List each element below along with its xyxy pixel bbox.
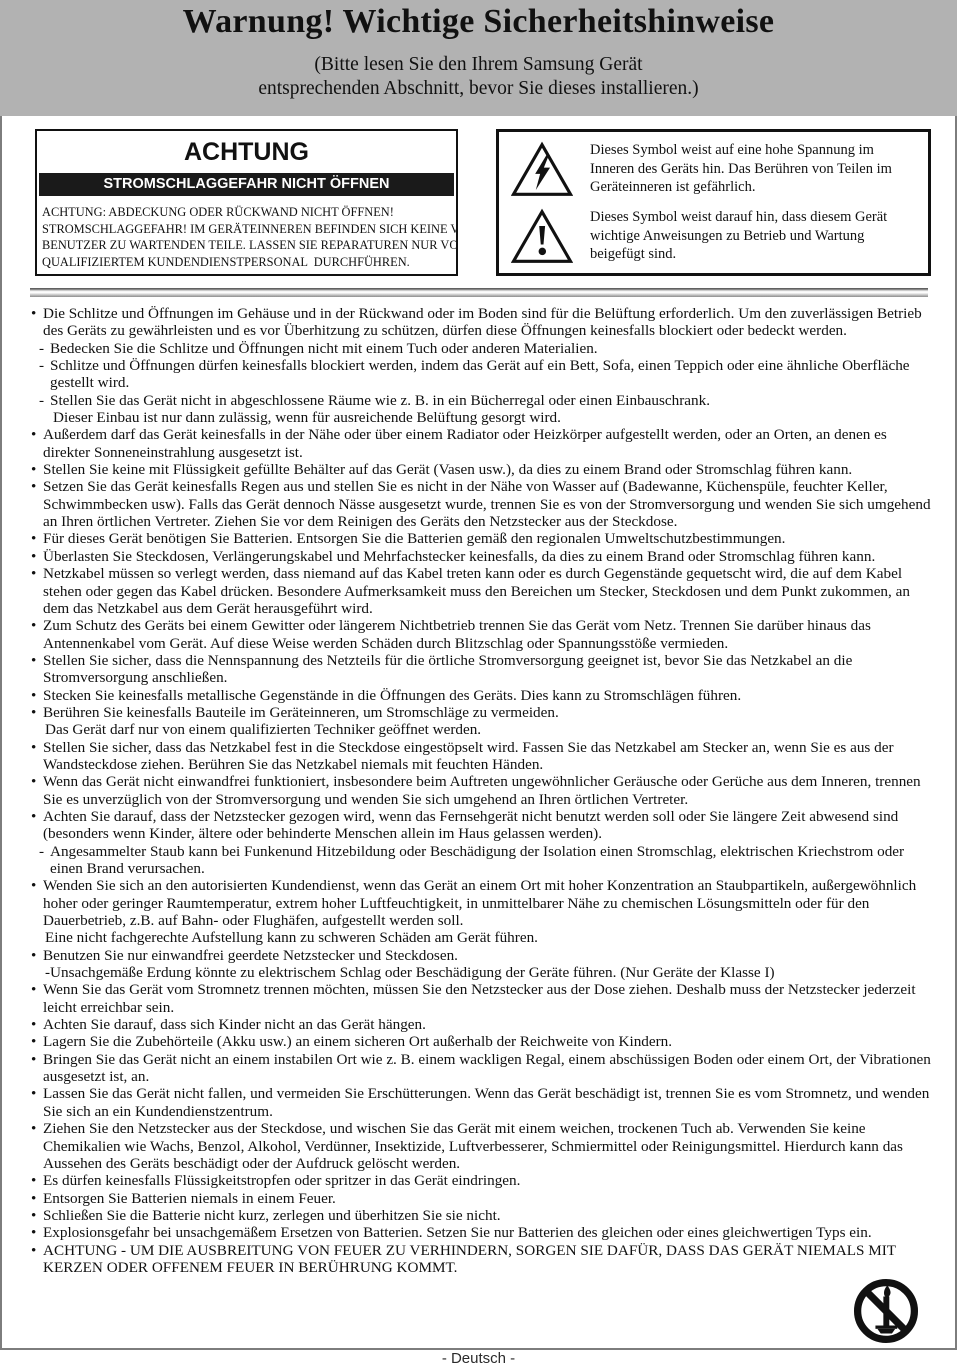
safety-item-text: Netzkabel müssen so verlegt werden, dass…	[43, 565, 910, 617]
safety-item: •Wenden Sie sich an den autorisierten Ku…	[30, 877, 931, 929]
safety-item-text: Ziehen Sie den Netzstecker aus der Steck…	[43, 1120, 903, 1172]
safety-item-text: Schlitze und Öffnungen dürfen keinesfall…	[50, 357, 910, 391]
bullet-marker: -	[39, 340, 44, 357]
safety-item: •Überlasten Sie Steckdosen, Verlängerung…	[30, 548, 931, 565]
bullet-marker: •	[31, 739, 36, 756]
page-footer: - Deutsch -	[0, 1350, 957, 1372]
safety-item-text: Eine nicht fachgerechte Aufstellung kann…	[45, 929, 538, 946]
safety-item-text: Schließen Sie die Batterie nicht kurz, z…	[43, 1207, 501, 1224]
achtung-warning-box: ACHTUNG STROMSCHLAGGEFAHR NICHT ÖFFNEN A…	[35, 129, 458, 276]
safety-item-text: Außerdem darf das Gerät keinesfalls in d…	[43, 426, 887, 460]
safety-item: •Schließen Sie die Batterie nicht kurz, …	[30, 1207, 931, 1224]
high-voltage-row: Dieses Symbol weist auf eine hohe Spannu…	[511, 140, 916, 198]
safety-item: Das Gerät darf nur von einem qualifizier…	[30, 721, 931, 738]
safety-item-text: Entsorgen Sie Batterien niemals in einem…	[43, 1190, 336, 1207]
safety-item-text: Benutzen Sie nur einwandfrei geerdete Ne…	[43, 947, 458, 964]
safety-item-text: Überlasten Sie Steckdosen, Verlängerungs…	[43, 548, 875, 565]
safety-item-text: ACHTUNG - UM DIE AUSBREITUNG VON FEUER Z…	[43, 1242, 896, 1276]
safety-item-text: Explosionsgefahr bei unsachgemäßem Erset…	[43, 1224, 872, 1241]
safety-item: •Zum Schutz des Geräts bei einem Gewitte…	[30, 617, 931, 652]
safety-item-text: Stecken Sie keinesfalls metallische Gege…	[43, 687, 741, 704]
bullet-marker: •	[31, 530, 36, 547]
safety-item: •Bringen Sie das Gerät nicht an einem in…	[30, 1051, 931, 1086]
bullet-marker: -	[39, 843, 44, 860]
safety-item-text: Wenden Sie sich an den autorisierten Kun…	[43, 877, 916, 929]
safety-item-text: Die Schlitze und Öffnungen im Gehäuse un…	[43, 305, 922, 339]
safety-item: •Lassen Sie das Gerät nicht fallen, und …	[30, 1085, 931, 1120]
safety-item: Eine nicht fachgerechte Aufstellung kann…	[30, 929, 931, 946]
shock-hazard-bar: STROMSCHLAGGEFAHR NICHT ÖFFNEN	[39, 173, 454, 196]
safety-item-text: Stellen Sie das Gerät nicht in abgeschlo…	[50, 392, 710, 409]
safety-item: •Achten Sie darauf, dass der Netzstecker…	[30, 808, 931, 843]
bullet-marker: •	[31, 548, 36, 565]
safety-item-text: Lagern Sie die Zubehörteile (Akku usw.) …	[43, 1033, 672, 1050]
bullet-marker: •	[31, 617, 36, 634]
safety-item: •Stecken Sie keinesfalls metallische Geg…	[30, 687, 931, 704]
safety-item: •Achten Sie darauf, dass sich Kinder nic…	[30, 1016, 931, 1033]
safety-item-text: Stellen Sie sicher, dass die Nennspannun…	[43, 652, 852, 686]
page-header: Warnung! Wichtige Sicherheitshinweise (B…	[0, 0, 957, 116]
language-label: - Deutsch -	[442, 1350, 515, 1367]
safety-item-text: Lassen Sie das Gerät nicht fallen, und v…	[43, 1085, 929, 1119]
safety-item: •Außerdem darf das Gerät keinesfalls in …	[30, 426, 931, 461]
safety-item-text: Wenn das Gerät nicht einwandfrei funktio…	[43, 773, 921, 807]
high-voltage-text: Dieses Symbol weist auf eine hohe Spannu…	[590, 140, 916, 197]
safety-item: •Wenn das Gerät nicht einwandfrei funkti…	[30, 773, 931, 808]
subtitle-line-1: (Bitte lesen Sie den Ihrem Samsung Gerät	[0, 53, 957, 77]
safety-item: •Berühren Sie keinesfalls Bauteile im Ge…	[30, 704, 931, 721]
safety-item: •Stellen Sie sicher, dass die Nennspannu…	[30, 652, 931, 687]
bullet-marker: •	[31, 773, 36, 790]
safety-item-text: Bedecken Sie die Schlitze und Öffnungen …	[50, 340, 598, 357]
safety-item-text: Für dieses Gerät benötigen Sie Batterien…	[43, 530, 785, 547]
bullet-marker: •	[31, 704, 36, 721]
safety-item: -Angesammelter Staub kann bei Funkenund …	[39, 843, 931, 878]
safety-item-text: Achten Sie darauf, dass sich Kinder nich…	[43, 1016, 426, 1033]
bullet-marker: •	[31, 478, 36, 495]
safety-item-text: Angesammelter Staub kann bei Funkenund H…	[50, 843, 904, 877]
achtung-heading: ACHTUNG	[37, 131, 456, 173]
safety-item: •Es dürfen keinesfalls Flüssigkeitstropf…	[30, 1172, 931, 1189]
safety-item: -Unsachgemäße Erdung könnte zu elektrisc…	[30, 964, 931, 981]
safety-item: -Bedecken Sie die Schlitze und Öffnungen…	[39, 340, 931, 357]
safety-item: •Für dieses Gerät benötigen Sie Batterie…	[30, 530, 931, 547]
safety-item-text: Berühren Sie keinesfalls Bauteile im Ger…	[43, 704, 559, 721]
section-divider	[30, 288, 928, 297]
safety-item-text: Stellen Sie sicher, dass das Netzkabel f…	[43, 739, 894, 773]
bullet-marker: •	[31, 1172, 36, 1189]
bullet-marker: •	[31, 305, 36, 322]
page-title: Warnung! Wichtige Sicherheitshinweise	[0, 0, 957, 41]
bullet-marker: •	[31, 1242, 36, 1259]
safety-item: •Lagern Sie die Zubehörteile (Akku usw.)…	[30, 1033, 931, 1050]
bullet-marker: •	[31, 426, 36, 443]
bullet-marker: •	[31, 1085, 36, 1102]
safety-item: •ACHTUNG - UM DIE AUSBREITUNG VON FEUER …	[30, 1242, 931, 1277]
safety-item-text: Das Gerät darf nur von einem qualifizier…	[45, 721, 481, 738]
content-sheet: ACHTUNG STROMSCHLAGGEFAHR NICHT ÖFFNEN A…	[0, 116, 957, 1350]
bullet-marker: •	[31, 981, 36, 998]
safety-item: -Schlitze und Öffnungen dürfen keinesfal…	[39, 357, 931, 392]
bullet-marker: •	[31, 1224, 36, 1241]
achtung-body-text: ACHTUNG: ABDECKUNG ODER RÜCKWAND NICHT Ö…	[37, 196, 456, 278]
bullet-marker: •	[31, 1033, 36, 1050]
safety-item: Dieser Einbau ist nur dann zulässig, wen…	[39, 409, 931, 426]
bullet-marker: •	[31, 1120, 36, 1137]
bullet-marker: •	[31, 877, 36, 894]
bullet-marker: •	[31, 947, 36, 964]
symbols-explanation-box: Dieses Symbol weist auf eine hohe Spannu…	[496, 129, 931, 276]
safety-item: •Benutzen Sie nur einwandfrei geerdete N…	[30, 947, 931, 964]
bullet-marker: •	[31, 808, 36, 825]
safety-item: •Wenn Sie das Gerät vom Stromnetz trenne…	[30, 981, 931, 1016]
safety-item: •Ziehen Sie den Netzstecker aus der Stec…	[30, 1120, 931, 1172]
subtitle-line-2: entsprechenden Abschnitt, bevor Sie dies…	[0, 77, 957, 101]
caution-triangle-icon	[511, 208, 573, 265]
bullet-marker: •	[31, 1207, 36, 1224]
bullet-marker: •	[31, 1016, 36, 1033]
bullet-marker: •	[31, 461, 36, 478]
bullet-marker: •	[31, 565, 36, 582]
safety-item: •Stellen Sie keine mit Flüssigkeit gefül…	[30, 461, 931, 478]
safety-item: •Setzen Sie das Gerät keinesfalls Regen …	[30, 478, 931, 530]
caution-text: Dieses Symbol weist darauf hin, dass die…	[590, 207, 916, 264]
no-open-flame-icon	[853, 1278, 919, 1344]
safety-item-text: Setzen Sie das Gerät keinesfalls Regen a…	[43, 478, 931, 530]
bullet-marker: •	[31, 1190, 36, 1207]
safety-item: •Netzkabel müssen so verlegt werden, das…	[30, 565, 931, 617]
safety-list: •Die Schlitze und Öffnungen im Gehäuse u…	[30, 305, 931, 1276]
safety-item-text: Achten Sie darauf, dass der Netzstecker …	[43, 808, 898, 842]
bullet-marker: •	[31, 687, 36, 704]
safety-item: •Explosionsgefahr bei unsachgemäßem Erse…	[30, 1224, 931, 1241]
safety-item-text: Stellen Sie keine mit Flüssigkeit gefüll…	[43, 461, 852, 478]
bullet-marker: -	[39, 392, 44, 409]
safety-item-text: Bringen Sie das Gerät nicht an einem ins…	[43, 1051, 931, 1085]
safety-item-text: Dieser Einbau ist nur dann zulässig, wen…	[53, 409, 561, 426]
high-voltage-triangle-icon	[511, 141, 573, 198]
safety-item-text: Zum Schutz des Geräts bei einem Gewitter…	[43, 617, 871, 651]
safety-item: -Stellen Sie das Gerät nicht in abgeschl…	[39, 392, 931, 409]
safety-item: •Stellen Sie sicher, dass das Netzkabel …	[30, 739, 931, 774]
safety-item-text: -Unsachgemäße Erdung könnte zu elektrisc…	[45, 964, 775, 981]
manual-page: Warnung! Wichtige Sicherheitshinweise (B…	[0, 0, 957, 1372]
bullet-marker: •	[31, 1051, 36, 1068]
bullet-marker: •	[31, 652, 36, 669]
safety-item: •Die Schlitze und Öffnungen im Gehäuse u…	[30, 305, 931, 340]
bullet-marker: -	[39, 357, 44, 374]
safety-item-text: Es dürfen keinesfalls Flüssigkeitstropfe…	[43, 1172, 520, 1189]
safety-item-text: Wenn Sie das Gerät vom Stromnetz trennen…	[43, 981, 916, 1015]
caution-row: Dieses Symbol weist darauf hin, dass die…	[511, 207, 916, 265]
safety-item: •Entsorgen Sie Batterien niemals in eine…	[30, 1190, 931, 1207]
page-subtitle: (Bitte lesen Sie den Ihrem Samsung Gerät…	[0, 53, 957, 100]
